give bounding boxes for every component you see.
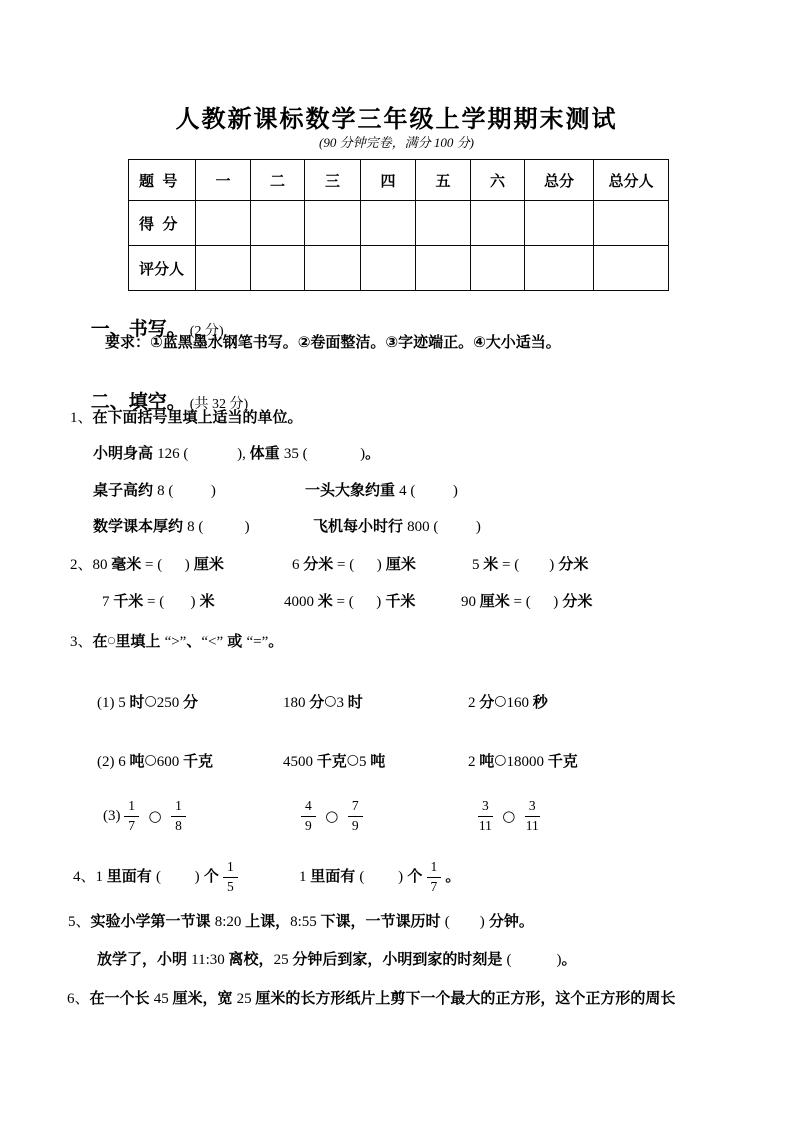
text-run: 下课，一节课历时: [321, 913, 445, 930]
compare-circle: ○: [347, 752, 359, 768]
text-run: =: [333, 594, 349, 610]
text-run: 吨: [479, 753, 494, 770]
fraction: 15: [223, 859, 238, 894]
text-run: 6: [292, 557, 303, 573]
text-run: 里面有: [107, 868, 156, 885]
text-run: =: [510, 594, 526, 610]
text-run: 。: [365, 445, 380, 462]
compare-circle: ○: [494, 752, 506, 768]
q1-prompt: 1、在下面括号里填上适当的单位。: [70, 407, 770, 429]
q2-line-a: 2、80 毫米 = ( ) 厘米 6 分米 = ( ) 厘米 5 米 = ( )…: [0, 554, 793, 576]
text-run: 5: [359, 754, 370, 770]
text-run: 。: [561, 951, 576, 968]
text-run: 上课，: [245, 913, 290, 930]
text-run: 厘米的长方形纸片上剪下一个最大的正方形，这个正方形的周长: [255, 990, 675, 1007]
fraction: 49: [301, 798, 316, 833]
text-run: 5、: [68, 914, 91, 930]
q1-line-b1: 桌子高约 8 ( ): [93, 480, 216, 502]
text-run: “<”: [201, 634, 223, 650]
answer-blank: ( ): [168, 483, 216, 499]
text-run: 8:55: [290, 914, 320, 930]
score-cell: [361, 246, 416, 291]
grader-row: 评分人: [129, 246, 669, 291]
q3-item-1b: 180 分○3 时: [283, 690, 363, 714]
q1-line-b: 桌子高约 8 ( ) 一头大象约重 4 ( ): [0, 480, 793, 502]
score-cell: [305, 201, 361, 246]
score-table-col: 三: [305, 160, 361, 201]
q5-line-a: 5、实验小学第一节课 8:20 上课，8:55 下课，一节课历时 ( ) 分钟。: [68, 911, 778, 933]
text-run: 4500: [283, 754, 317, 770]
score-cell: [416, 201, 471, 246]
compare-circle: ○: [145, 752, 157, 768]
compare-circle: ○: [145, 693, 157, 709]
text-run: 7: [102, 594, 113, 610]
text-run: 1、: [70, 410, 93, 426]
answer-blank: ( ): [183, 446, 242, 462]
text-run: 4000: [284, 594, 318, 610]
exam-paper-page: 人教新课标数学三年级上学期期末测试 (90 分钟完卷，满分 100 分) 题 号…: [0, 0, 793, 1122]
answer-blank: ( ): [359, 869, 403, 885]
score-cell: [594, 201, 669, 246]
text-run: 600: [157, 754, 183, 770]
text-run: 2: [468, 695, 479, 711]
score-table-corner: 题 号: [129, 160, 196, 201]
text-run: 在下面括号里填上适当的单位。: [93, 409, 303, 426]
fraction: 18: [171, 798, 186, 833]
text-run: 分: [309, 694, 324, 711]
q3-item-2c: 2 吨○18000 千克: [468, 749, 578, 773]
answer-blank: ( ): [159, 594, 195, 610]
text-run: 千克: [183, 753, 213, 770]
text-run: 在一个长: [90, 990, 154, 1007]
score-table-col: 六: [471, 160, 525, 201]
answer-blank: ( ): [506, 952, 561, 968]
q1-line-c2: 飞机每小时行 800 ( ): [313, 516, 481, 538]
text-run: 小明身高: [93, 445, 157, 462]
q3-row3: (3) 17 ○ 18 49 ○ 79 311 ○ 311: [0, 793, 793, 839]
answer-blank: ( ): [410, 483, 458, 499]
text-run: =: [141, 557, 157, 573]
q2-line-b: 7 千米 = ( ) 米 4000 米 = ( ) 千米 90 厘米 = ( )…: [0, 591, 793, 613]
text-run: =: [498, 557, 514, 573]
text-run: 18000: [506, 754, 547, 770]
doc-title: 人教新课标数学三年级上学期期末测试: [0, 99, 793, 134]
text-run: 180: [283, 695, 309, 711]
text-run: 厘米: [190, 556, 224, 573]
text-run: 25: [237, 991, 256, 1007]
grader-row-label: 评分人: [129, 246, 196, 291]
score-cell: [525, 201, 594, 246]
q3-item-1c: 2 分○160 秒: [468, 690, 548, 714]
text-run: 8:20: [215, 914, 245, 930]
score-cell: [416, 246, 471, 291]
score-table: 题 号 一 二 三 四 五 六 总分 总分人 得 分 评分人: [128, 159, 669, 291]
text-run: 、: [186, 633, 201, 650]
q3-item-1a: (1) 5 时○250 分: [97, 690, 198, 714]
score-cell: [525, 246, 594, 291]
text-run: 3、: [70, 634, 93, 650]
answer-blank: ( ): [526, 594, 559, 610]
fraction: 311: [525, 798, 540, 833]
q3-row1: (1) 5 时○250 分 180 分○3 时 2 分○160 秒: [0, 690, 793, 712]
q1-line-a: 小明身高 126 ( ), 体重 35 ( )。: [93, 443, 773, 465]
text-run: 放学了，小明: [97, 951, 191, 968]
answer-blank: ( ): [349, 557, 382, 573]
text-run: 吨: [370, 753, 385, 770]
answer-blank: ( ): [156, 869, 200, 885]
score-table-header-row: 题 号 一 二 三 四 五 六 总分 总分人: [129, 160, 669, 201]
q1-line-c1: 数学课本厚约 8 ( ): [93, 516, 250, 538]
score-cell: [471, 201, 525, 246]
text-run: 千克: [317, 753, 347, 770]
doc-subtitle: (90 分钟完卷，满分 100 分): [0, 132, 793, 151]
text-run: 分米: [303, 556, 333, 573]
q3-row2: (2) 6 吨○600 千克 4500 千克○5 吨 2 吨○18000 千克: [0, 749, 793, 771]
text-run: “=”: [246, 634, 268, 650]
score-table-col: 总分: [525, 160, 594, 201]
text-run: 45: [154, 991, 173, 1007]
text-run: 在: [93, 633, 108, 650]
text-run: 实验小学第一节课: [91, 913, 215, 930]
score-cell: [594, 246, 669, 291]
text-run: 千米: [381, 593, 415, 610]
answer-blank: ( ): [349, 594, 382, 610]
score-table-col: 总分人: [594, 160, 669, 201]
text-run: 飞机每小时行: [313, 518, 407, 535]
text-run: 个: [200, 868, 223, 885]
q4-part-b: 1 里面有 ( ) 个 17 。: [299, 856, 460, 898]
q4-line: 4、1 里面有 ( ) 个 15 1 里面有 ( ) 个 17 。: [0, 856, 793, 898]
text-run: 米: [318, 593, 333, 610]
score-table-col: 五: [416, 160, 471, 201]
text-run: 离校，: [229, 951, 274, 968]
text-run: 6、: [67, 991, 90, 1007]
text-run: 。: [268, 633, 283, 650]
text-run: 分钟。: [485, 913, 534, 930]
score-cell: [251, 201, 305, 246]
score-cell: [196, 201, 251, 246]
fraction: 17: [427, 859, 442, 894]
text-run: 厘米，宽: [172, 990, 236, 1007]
score-table-col: 四: [361, 160, 416, 201]
text-run: 35: [284, 446, 303, 462]
text-run: (3): [103, 808, 124, 824]
text-run: 分: [183, 694, 198, 711]
text-run: 一头大象约重: [305, 482, 399, 499]
text-run: 分钟后到家，小明到家的时刻是: [292, 951, 506, 968]
compare-circle: ○: [493, 807, 525, 825]
text-run: 秒: [533, 694, 548, 711]
q3-item-3a: (3) 17 ○ 18: [103, 793, 186, 839]
text-run: 8: [157, 483, 168, 499]
text-run: 。: [441, 868, 460, 885]
text-run: =: [333, 557, 349, 573]
q4-part-a: 4、1 里面有 ( ) 个 15: [73, 856, 238, 898]
answer-blank: ( ): [445, 914, 485, 930]
score-cell: [196, 246, 251, 291]
fraction: 311: [478, 798, 493, 833]
text-run: 160: [506, 695, 532, 711]
answer-blank: ( ): [303, 446, 366, 462]
compare-circle: ○: [324, 693, 336, 709]
text-run: 千米: [113, 593, 143, 610]
q3-item-2b: 4500 千克○5 吨: [283, 749, 385, 773]
answer-blank: ( ): [514, 557, 554, 573]
text-run: 25: [274, 952, 293, 968]
text-run: 250: [157, 695, 183, 711]
compare-circle: ○: [316, 807, 348, 825]
text-run: 毫米: [111, 556, 141, 573]
text-run: 时: [130, 694, 145, 711]
fraction: 17: [124, 798, 139, 833]
q2-eq-b1: 7 千米 = ( ) 米: [102, 591, 215, 613]
text-run: 8: [187, 519, 198, 535]
q2-eq-b2: 4000 米 = ( ) 千米: [284, 591, 415, 613]
text-run: 3: [336, 695, 347, 711]
text-run: 800: [407, 519, 433, 535]
score-table-col: 一: [196, 160, 251, 201]
text-run: 吨: [130, 753, 145, 770]
score-cell: [471, 246, 525, 291]
q3-item-3c: 311 ○ 311: [478, 793, 540, 839]
q2-eq-a2: 6 分米 = ( ) 厘米: [292, 554, 416, 576]
text-run: 126: [157, 446, 183, 462]
answer-blank: ( ): [433, 519, 481, 535]
text-run: ,: [242, 446, 250, 462]
score-cell: [361, 201, 416, 246]
answer-blank: ( ): [157, 557, 190, 573]
text-run: 米: [483, 556, 498, 573]
compare-circle: ○: [494, 693, 506, 709]
score-row-label: 得 分: [129, 201, 196, 246]
text-run: 米: [195, 593, 214, 610]
text-run: =: [143, 594, 159, 610]
text-run: 厘米: [382, 556, 416, 573]
answer-blank: ( ): [198, 519, 249, 535]
text-run: 个: [403, 868, 426, 885]
q1-line-c: 数学课本厚约 8 ( ) 飞机每小时行 800 ( ): [0, 516, 793, 538]
text-run: (1) 5: [97, 695, 130, 711]
text-run: 体重: [250, 445, 284, 462]
text-run: 厘米: [480, 593, 510, 610]
score-row: 得 分: [129, 201, 669, 246]
text-run: 2: [468, 754, 479, 770]
text-run: 2、80: [70, 557, 111, 573]
q2-eq-b3: 90 厘米 = ( ) 分米: [461, 591, 592, 613]
text-run: 桌子高约: [93, 482, 157, 499]
compare-circle: ○: [139, 807, 171, 825]
q3-item-2a: (2) 6 吨○600 千克: [97, 749, 213, 773]
section1-requirement: 要求：①蓝黑墨水钢笔书写。②卷面整洁。③字迹端正。④大小适当。: [105, 331, 561, 352]
text-run: 分米: [558, 593, 592, 610]
fraction: 79: [348, 798, 363, 833]
text-run: 里填上: [115, 633, 164, 650]
text-run: 分米: [554, 556, 588, 573]
score-cell: [251, 246, 305, 291]
text-run: 11:30: [191, 952, 228, 968]
text-run: (2) 6: [97, 754, 130, 770]
q2-eq-a3: 5 米 = ( ) 分米: [472, 554, 588, 576]
q2-eq-a1: 2、80 毫米 = ( ) 厘米: [70, 554, 224, 576]
text-run: 里面有: [310, 868, 359, 885]
text-run: 1: [299, 869, 310, 885]
text-run: “>”: [165, 634, 187, 650]
text-run: 时: [348, 694, 363, 711]
score-table-col: 二: [251, 160, 305, 201]
text-run: 90: [461, 594, 480, 610]
text-run: 千克: [548, 753, 578, 770]
text-run: 5: [472, 557, 483, 573]
q1-line-b2: 一头大象约重 4 ( ): [305, 480, 458, 502]
q3-prompt: 3、在○里填上 “>”、“<” 或 “=”。: [70, 630, 770, 652]
text-run: 数学课本厚约: [93, 518, 187, 535]
text-run: 或: [223, 633, 246, 650]
text-run: 分: [479, 694, 494, 711]
text-run: 4、1: [73, 869, 107, 885]
q5-line-b: 放学了，小明 11:30 离校，25 分钟后到家，小明到家的时刻是 ( )。: [97, 949, 787, 971]
q3-item-3b: 49 ○ 79: [301, 793, 363, 839]
score-cell: [305, 246, 361, 291]
text-run: 4: [399, 483, 410, 499]
q6-line: 6、在一个长 45 厘米，宽 25 厘米的长方形纸片上剪下一个最大的正方形，这个…: [67, 988, 782, 1010]
